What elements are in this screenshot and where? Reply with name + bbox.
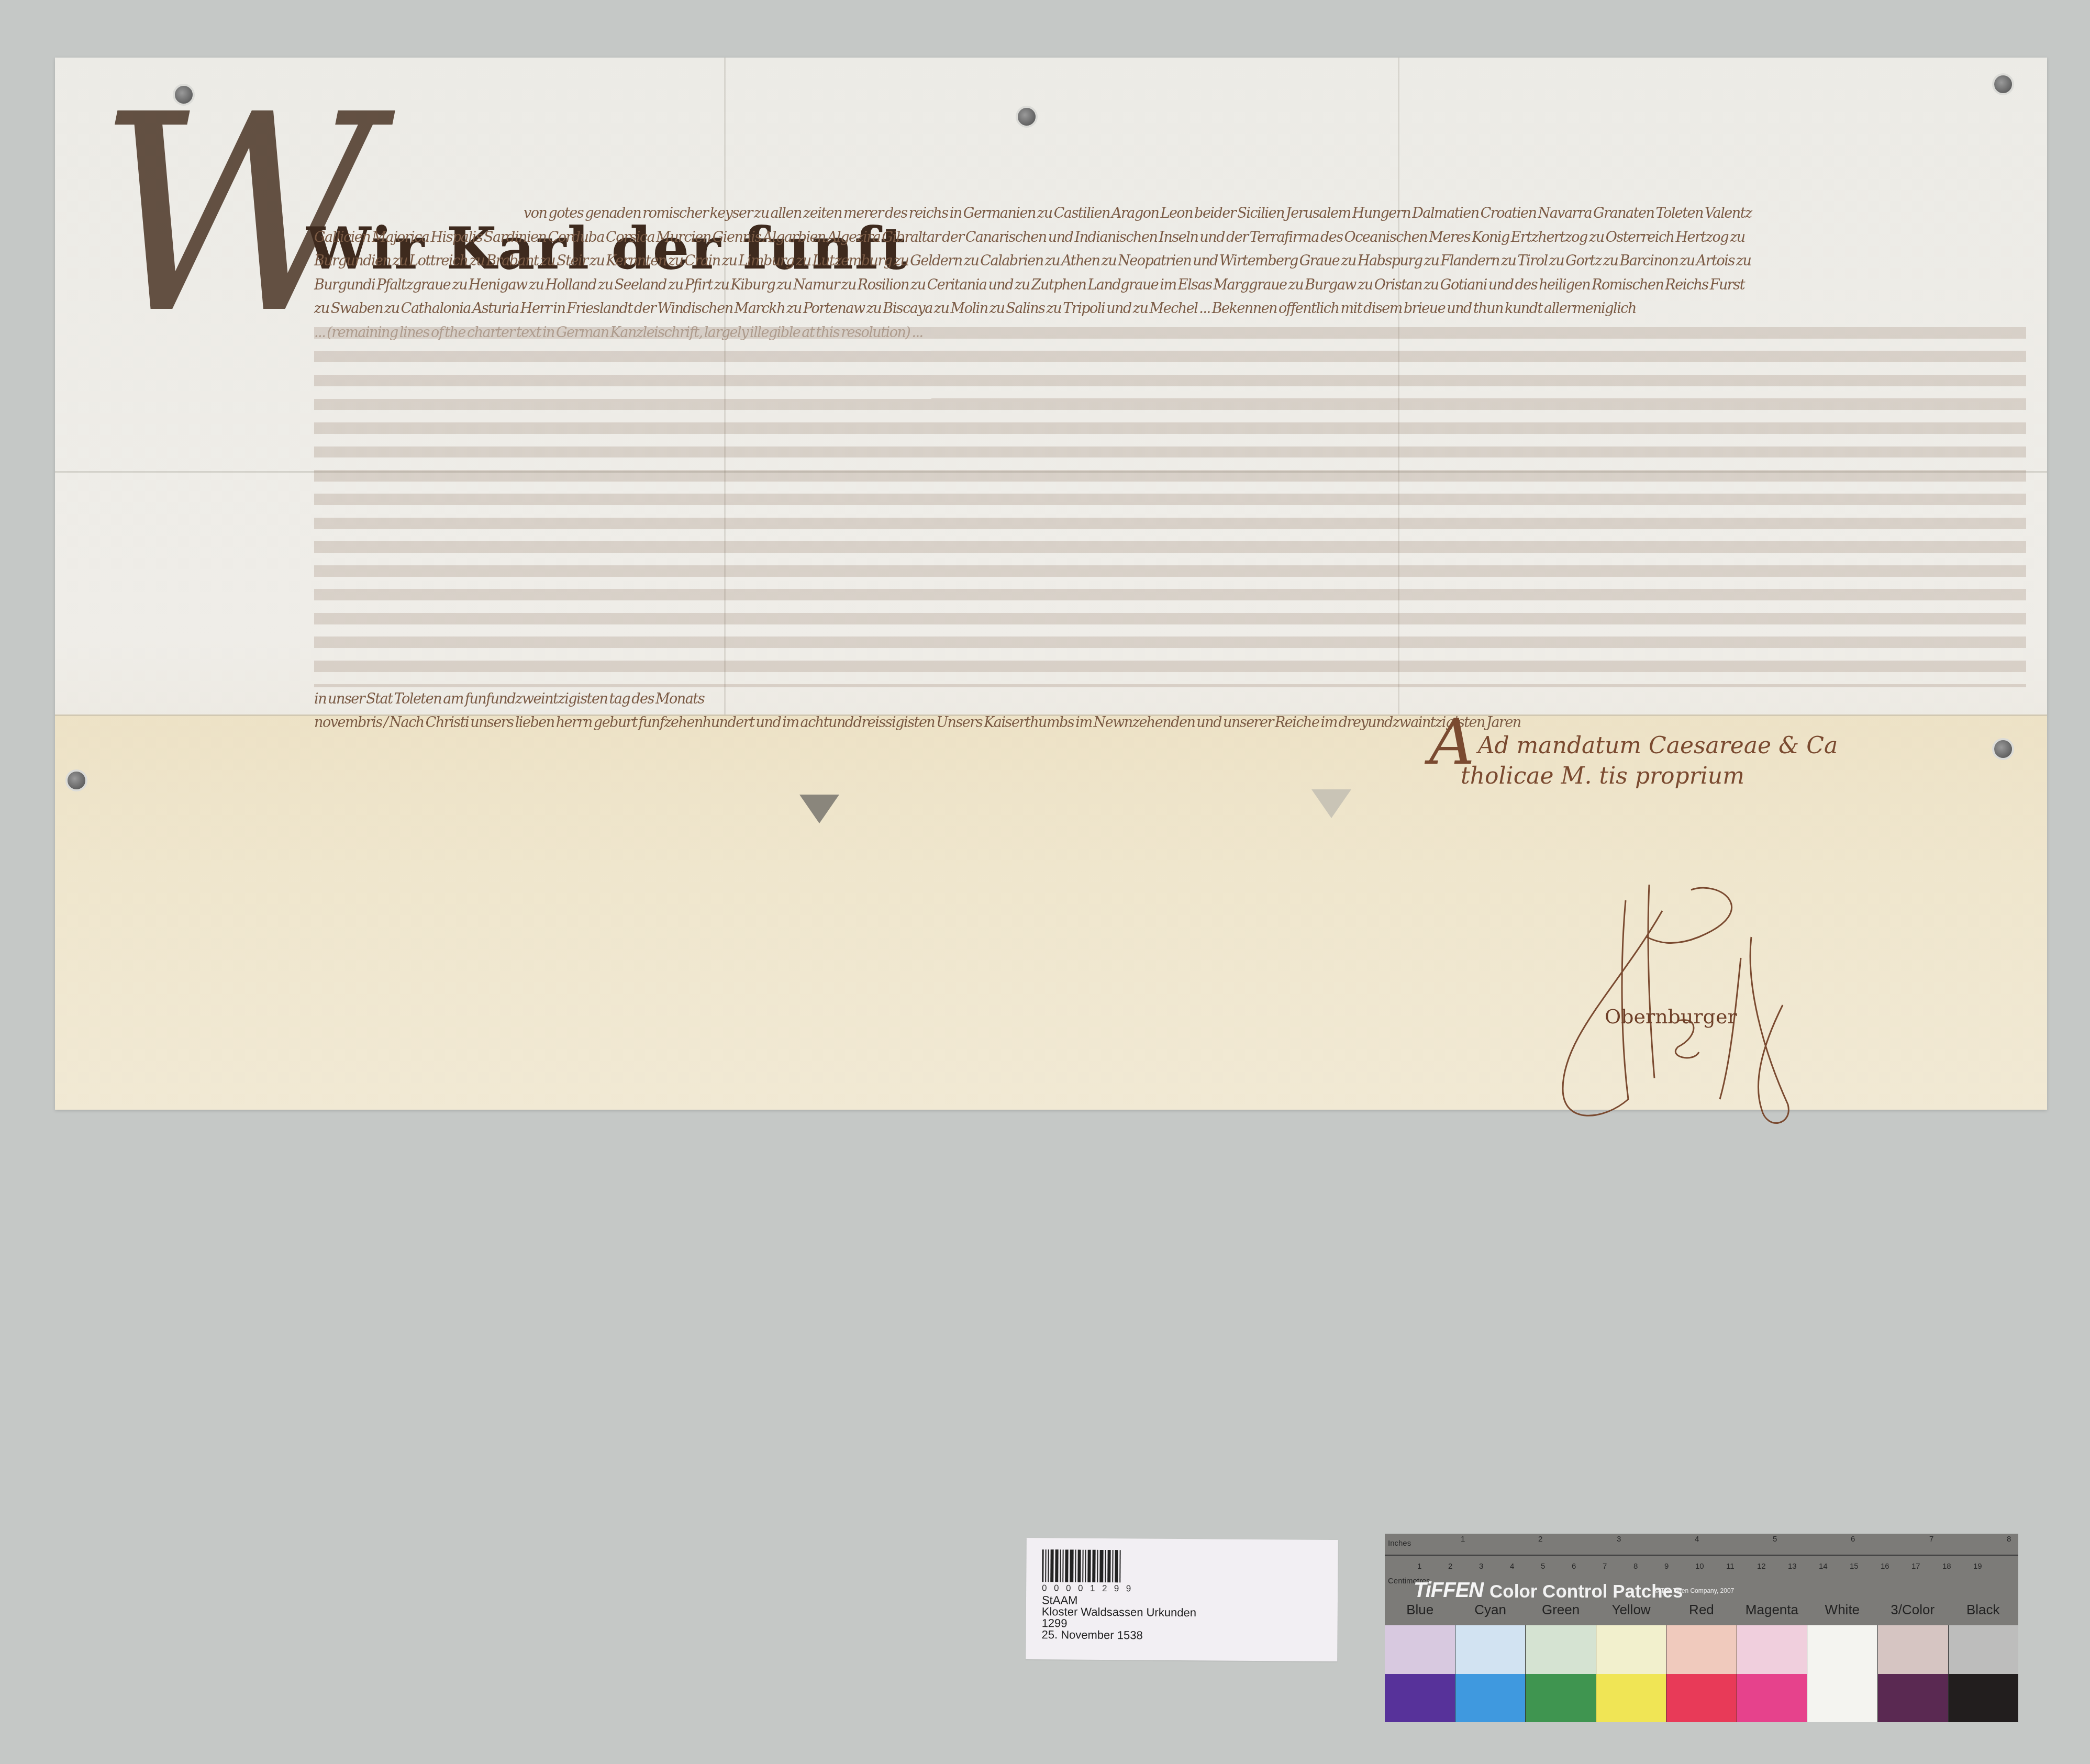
patch-name: 3/Color (1877, 1602, 1948, 1618)
cm-tick: 11 (1726, 1562, 1735, 1571)
label-date: 25. November 1538 (1041, 1629, 1196, 1642)
inch-tick: 7 (1929, 1535, 1933, 1544)
cm-tick: 14 (1819, 1562, 1828, 1571)
cm-tick: 12 (1757, 1562, 1766, 1571)
cm-tick: 5 (1541, 1562, 1545, 1571)
charter-line: Gallicien Majorica Hispalis Sardinien Co… (314, 226, 2026, 250)
patch-name: Yellow (1596, 1602, 1666, 1618)
patch-blue (1385, 1625, 1455, 1722)
annotation-line: Ad mandatum Caesareae & Ca (1478, 732, 1838, 759)
seal-slit-icon (1311, 789, 1351, 818)
cm-tick: 19 (1973, 1562, 1982, 1571)
patch-name: Blue (1385, 1602, 1455, 1618)
barcode-digits: 00001299 (1042, 1583, 1147, 1594)
cm-tick: 15 (1850, 1562, 1859, 1571)
barcode-icon (1042, 1549, 1147, 1582)
charter-text: von gotes genaden romischer keyser zu al… (314, 202, 2026, 735)
inch-tick: 3 (1617, 1535, 1621, 1544)
patch-yellow (1596, 1625, 1667, 1722)
archive-label: 00001299 StAAM Kloster Waldsassen Urkund… (1026, 1538, 1338, 1661)
inch-tick: 6 (1851, 1535, 1855, 1544)
cm-tick: 9 (1664, 1562, 1669, 1571)
patch-green (1526, 1625, 1596, 1722)
annotation-line: tholicae M. tis proprium (1429, 761, 1838, 791)
charter-closing-line: in unser Stat Toleten am funfundzweintzi… (314, 687, 2026, 711)
inch-tick: 5 (1773, 1535, 1777, 1544)
inch-tick: 2 (1538, 1535, 1542, 1544)
charter-line: ... (remaining lines of the charter text… (314, 321, 2026, 687)
cm-tick: 2 (1448, 1562, 1452, 1571)
color-control-chart: Inches 1 2 3 4 5 6 7 8 1 2 3 4 5 6 7 8 9… (1385, 1534, 2018, 1722)
seal-slit-icon (799, 795, 839, 823)
patch-names: Blue Cyan Green Yellow Red Magenta White… (1385, 1602, 2018, 1618)
patch-3color (1878, 1625, 1949, 1722)
signature-name: Obernburger (1605, 1005, 1737, 1028)
cm-tick: 3 (1479, 1562, 1483, 1571)
patch-red (1666, 1625, 1737, 1722)
color-patches (1385, 1625, 2018, 1722)
parchment-charter: W Wir Karl der funft von gotes genaden r… (55, 58, 2047, 1110)
patch-name: Red (1666, 1602, 1737, 1618)
cm-tick: 4 (1510, 1562, 1514, 1571)
patch-black (1949, 1625, 2019, 1722)
cm-tick: 16 (1881, 1562, 1889, 1571)
tiffen-logo: TiFFEN (1414, 1579, 1483, 1602)
cm-tick: 7 (1603, 1562, 1607, 1571)
cm-tick: 18 (1942, 1562, 1951, 1571)
mounting-hole-icon (1992, 73, 2014, 95)
inch-tick: 4 (1695, 1535, 1699, 1544)
patch-name: Cyan (1455, 1602, 1525, 1618)
patch-name: Green (1526, 1602, 1596, 1618)
charter-line: Burgundien zu Lottreich zu Brabant zu St… (314, 249, 2026, 273)
cm-tick: 8 (1633, 1562, 1638, 1571)
centimetre-ruler: 1 2 3 4 5 6 7 8 9 10 11 12 13 14 15 16 1… (1385, 1555, 2018, 1576)
charter-opening-line: von gotes genaden romischer keyser zu al… (314, 202, 2026, 226)
patch-name: Black (1948, 1602, 2018, 1618)
mounting-hole-icon (65, 769, 87, 791)
inches-label: Inches (1388, 1539, 1411, 1548)
inch-tick: 8 (2007, 1535, 2011, 1544)
cm-tick: 1 (1417, 1562, 1421, 1571)
charter-line: Burgundi Pfaltzgraue zu Henigaw zu Holla… (314, 273, 2026, 297)
patch-magenta (1737, 1625, 1808, 1722)
cm-tick: 13 (1788, 1562, 1797, 1571)
inch-ruler: Inches 1 2 3 4 5 6 7 8 (1385, 1534, 2018, 1556)
mounting-hole-icon (1016, 106, 1038, 128)
patch-name: White (1807, 1602, 1877, 1618)
charter-line: zu Swaben zu Cathalonia Asturia Herr in … (314, 297, 2026, 321)
patch-name: Magenta (1737, 1602, 1807, 1618)
chancery-annotation: AAd mandatum Caesareae & Ca tholicae M. … (1429, 728, 1838, 791)
cm-tick: 10 (1695, 1562, 1704, 1571)
patch-cyan (1455, 1625, 1526, 1722)
cm-tick: 6 (1572, 1562, 1576, 1571)
cm-tick: 17 (1911, 1562, 1920, 1571)
chart-copyright: © The Tiffen Company, 2007 (1654, 1587, 1734, 1594)
mounting-hole-icon (1992, 738, 2014, 760)
patch-white (1807, 1625, 1878, 1722)
inch-tick: 1 (1461, 1535, 1465, 1544)
